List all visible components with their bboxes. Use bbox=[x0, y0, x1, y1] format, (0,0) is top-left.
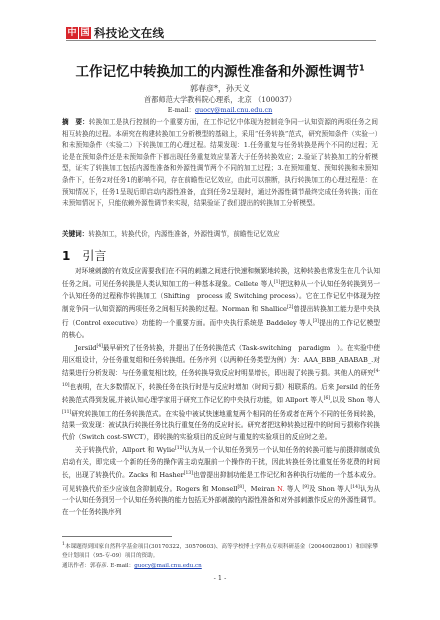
text-span: 研究转换加工的任务转换范式。在实验中被试快速地重复两个相同的任务或者在两个不同的… bbox=[62, 410, 380, 441]
abstract: 摘 要：转换加工是执行控制的一个重要方面，在工作记忆中体现为控制竞争同一认知资源… bbox=[62, 117, 378, 210]
footnote-funding: 1本课题得到国家自然科学基金项目(30170322，30570603)、高等学校… bbox=[62, 540, 382, 562]
footnote-contact: 通讯作者：郭春彦. E-mail：guocy@mail.cnu.edu.cn bbox=[62, 562, 382, 572]
paper-title: 工作记忆中转换加工的内源性准备和外源性调节1 bbox=[0, 60, 440, 80]
text-span: 及 Shon 等人 bbox=[309, 485, 351, 493]
header-divider bbox=[66, 40, 376, 41]
text-span: 关于转换代价，Allport 和 Wylie bbox=[75, 446, 175, 454]
paper-page: 中 国 科技论文在线 工作记忆中转换加工的内源性准备和外源性调节1 郭春彦*，孙… bbox=[0, 0, 440, 620]
affiliation: 首都师范大学教科院心理系，北京 （100037） bbox=[0, 95, 440, 105]
paragraph-2: Jersild[4]最早研究了任务转换，并提出了任务转换范式（Task-swit… bbox=[62, 341, 380, 443]
email-line: E-mail：guocy@mail.cnu.edu.cn bbox=[0, 105, 440, 114]
highlighted-text: N. bbox=[277, 485, 284, 493]
text-span: Jersild bbox=[75, 344, 97, 352]
logo-text: 科技论文在线 bbox=[94, 25, 164, 41]
footnote: 1本课题得到国家自然科学基金项目(30170322，30570603)、高等学校… bbox=[62, 540, 382, 571]
text-span: ,以及 Shon 等人 bbox=[330, 396, 380, 404]
section-heading: 1引言 bbox=[62, 247, 106, 264]
title-footnote-mark: 1 bbox=[359, 64, 365, 73]
contact-label: 通讯作者：郭春彦. E-mail： bbox=[62, 563, 134, 569]
author-email-link[interactable]: guocy@mail.cnu.edu.cn bbox=[195, 106, 272, 114]
email-label: E-mail： bbox=[168, 106, 195, 114]
title-text: 工作记忆中转换加工的内源性准备和外源性调节 bbox=[75, 64, 359, 80]
abstract-text: 转换加工是执行控制的一个重要方面，在工作记忆中体现为控制竞争同一认知资源的两项任… bbox=[62, 118, 378, 207]
abstract-label: 摘 要： bbox=[62, 118, 89, 126]
logo-mark-guo: 国 bbox=[79, 27, 91, 39]
authors: 郭春彦*，孙天义 bbox=[0, 83, 440, 94]
body-text: 对环境刺激的有效反应需要我们在不同的刺激之间进行快速和频繁地转换，这种转换也常发… bbox=[62, 266, 380, 518]
text-span: 、Meiran bbox=[244, 485, 277, 493]
logo-mark-zhong: 中 bbox=[66, 27, 78, 39]
paragraph-3: 关于转换代价，Allport 和 Wylie[12]认为从一个认知任务到另一个认… bbox=[62, 443, 380, 518]
contact-email-link[interactable]: guocy@mail.cnu.edu.cn bbox=[134, 563, 202, 569]
text-span: 最早研究了任务转换，并提出了任务转换范式（Task-switching para… bbox=[62, 344, 380, 377]
citation[interactable]: [13] bbox=[184, 471, 193, 476]
footnote-funding-text: 本课题得到国家自然科学基金项目(30170322，30570603)、高等学校博… bbox=[62, 544, 378, 560]
page-number: - 1 - bbox=[0, 574, 440, 582]
citation[interactable]: [11] bbox=[62, 410, 71, 415]
citation[interactable]: [12] bbox=[175, 446, 184, 451]
text-span: 等人 bbox=[285, 485, 303, 493]
footnote-divider bbox=[62, 536, 172, 537]
site-logo[interactable]: 中 国 科技论文在线 bbox=[66, 26, 164, 40]
paragraph-1: 对环境刺激的有效反应需要我们在不同的刺激之间进行快速和频繁地转换，这种转换也常发… bbox=[62, 266, 380, 341]
section-title: 引言 bbox=[82, 249, 106, 263]
keywords-text: 转换加工，转换代价，内源性准备，外源性调节，前瞻性记忆效应 bbox=[88, 230, 279, 238]
citation[interactable]: [14] bbox=[351, 485, 360, 490]
keywords: 关键词：转换加工，转换代价，内源性准备，外源性调节，前瞻性记忆效应 bbox=[62, 228, 382, 238]
keywords-label: 关键词： bbox=[62, 230, 88, 238]
section-number: 1 bbox=[62, 249, 70, 263]
